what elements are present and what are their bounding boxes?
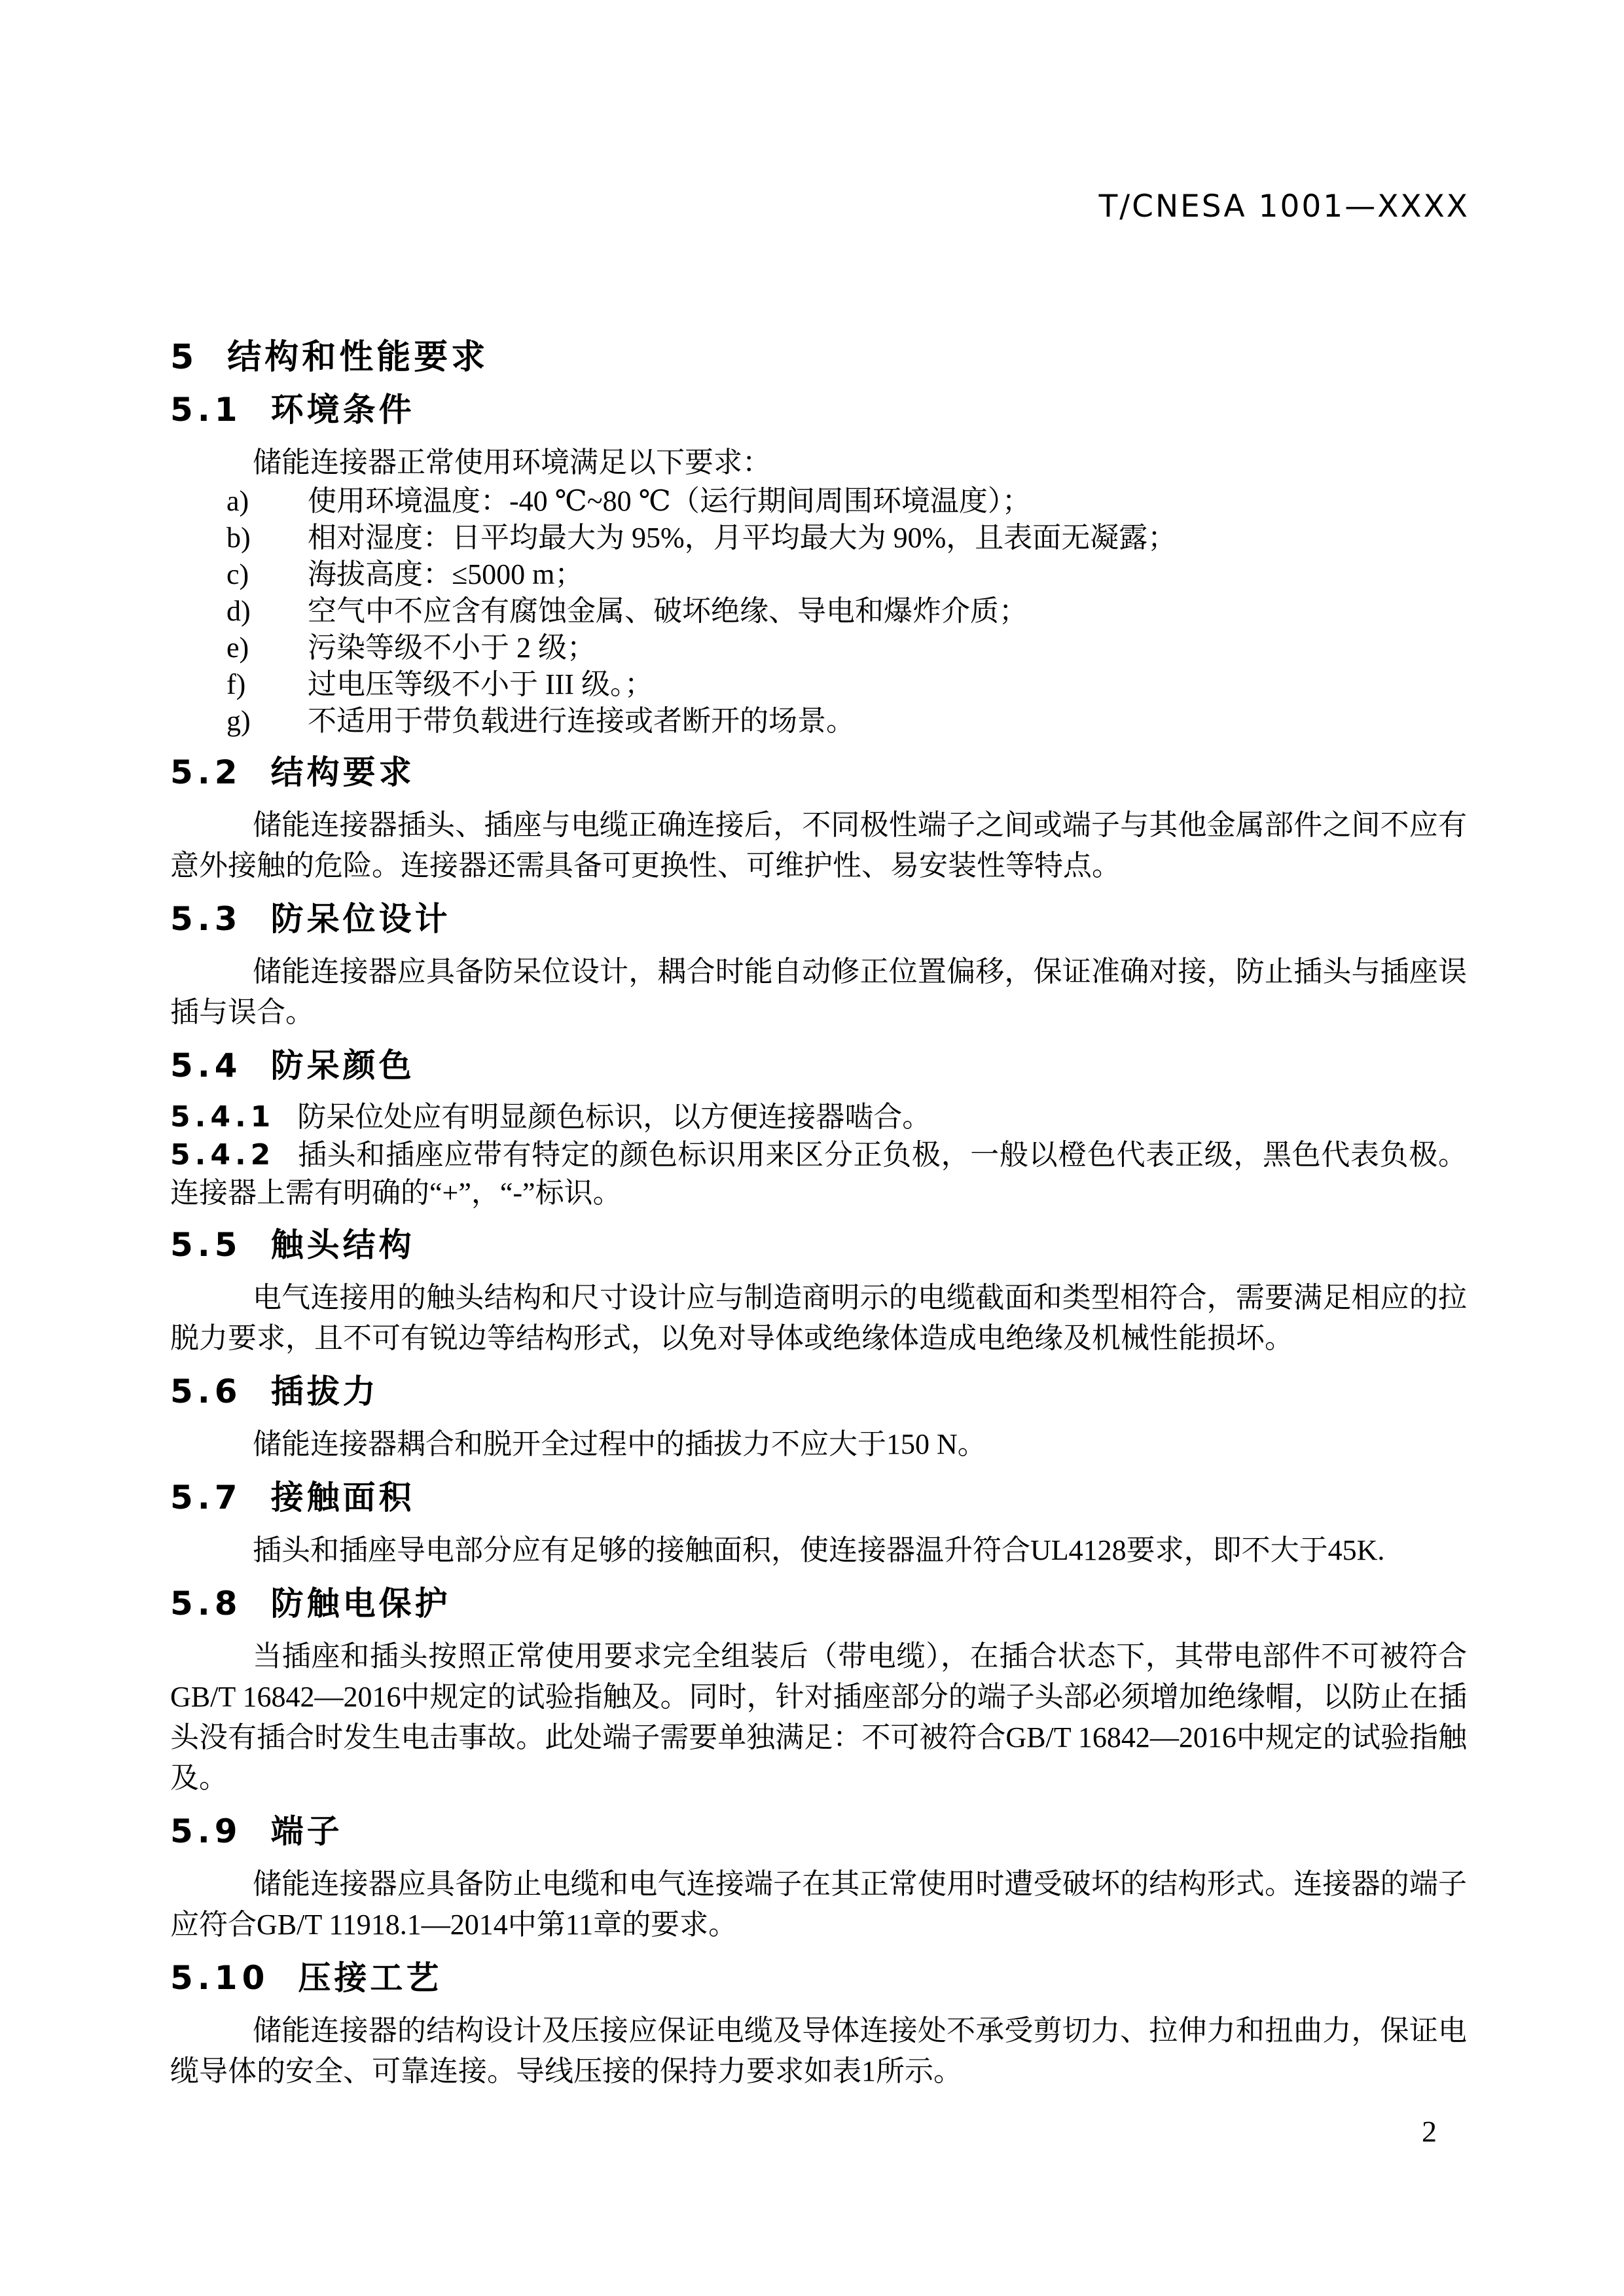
section-heading-5-7: 5.7接触面积 xyxy=(170,1479,1467,1516)
section-title: 结构要求 xyxy=(271,753,415,791)
clause: 5.4.1防呆位处应有明显颜色标识，以方便连接器啮合。 xyxy=(170,1098,1467,1136)
list-item: d)空气中不应含有腐蚀金属、破坏绝缘、导电和爆炸介质； xyxy=(170,593,1467,630)
section-number: 5.1 xyxy=(170,391,242,428)
paragraph: 储能连接器正常使用环境满足以下要求： xyxy=(170,442,1467,483)
clause: 5.4.2插头和插座应带有特定的颜色标识用来区分正负极，一般以橙色代表正级，黑色… xyxy=(170,1136,1467,1212)
list-item: g)不适用于带负载进行连接或者断开的场景。 xyxy=(170,703,1467,740)
doc-number: T/CNESA 1001—XXXX xyxy=(1099,188,1470,224)
list-item: e)污染等级不小于 2 级； xyxy=(170,630,1467,666)
list-marker: e) xyxy=(226,630,249,666)
paragraph: 插头和插座导电部分应有足够的接触面积，使连接器温升符合UL4128要求，即不大于… xyxy=(170,1530,1467,1571)
list-text: 过电压等级不小于 III 级。； xyxy=(308,668,653,700)
section-heading-5-5: 5.5触头结构 xyxy=(170,1227,1467,1263)
section-number: 5.7 xyxy=(170,1479,242,1516)
document-content: 5结构和性能要求 5.1环境条件 储能连接器正常使用环境满足以下要求： a)使用… xyxy=(170,338,1467,2092)
section-heading-5-3: 5.3防呆位设计 xyxy=(170,901,1467,937)
section-number: 5.6 xyxy=(170,1373,242,1410)
list-text: 使用环境温度：-40 ℃~80 ℃（运行期间周围环境温度）； xyxy=(308,485,1031,517)
paragraph: 储能连接器插头、插座与电缆正确连接后，不同极性端子之间或端子与其他金属部件之间不… xyxy=(170,805,1467,886)
paragraph: 储能连接器应具备防止电缆和电气连接端子在其正常使用时遭受破坏的结构形式。连接器的… xyxy=(170,1864,1467,1945)
paragraph: 当插座和插头按照正常使用要求完全组装后（带电缆），在插合状态下，其带电部件不可被… xyxy=(170,1636,1467,1799)
section-heading-5-8: 5.8防触电保护 xyxy=(170,1585,1467,1622)
clause-text: 插头和插座应带有特定的颜色标识用来区分正负极，一般以橙色代表正级，黑色代表负极。… xyxy=(170,1139,1467,1209)
clause-number: 5.4.2 xyxy=(170,1138,275,1172)
paragraph: 电气连接用的触头结构和尺寸设计应与制造商明示的电缆截面和类型相符合，需要满足相应… xyxy=(170,1278,1467,1359)
section-heading-5-6: 5.6插拔力 xyxy=(170,1373,1467,1410)
section-number: 5.2 xyxy=(170,754,242,791)
clause-number: 5.4.1 xyxy=(170,1100,275,1134)
section-title: 插拔力 xyxy=(271,1372,379,1410)
list-item: b)相对湿度：日平均最大为 95%，月平均最大为 90%，且表面无凝露； xyxy=(170,520,1467,556)
section-number: 5.9 xyxy=(170,1813,242,1850)
section-number: 5.4 xyxy=(170,1047,242,1084)
section-title: 接触面积 xyxy=(271,1479,415,1516)
page-number: 2 xyxy=(1422,2114,1437,2149)
section-title: 防呆位设计 xyxy=(271,900,451,938)
section-number: 5.8 xyxy=(170,1585,242,1622)
section-heading-5: 5结构和性能要求 xyxy=(170,338,1467,377)
list-marker: b) xyxy=(226,520,251,556)
list-item: a)使用环境温度：-40 ℃~80 ℃（运行期间周围环境温度）； xyxy=(170,483,1467,520)
section-title: 防呆颜色 xyxy=(271,1047,415,1085)
section-title: 压接工艺 xyxy=(298,1959,442,1997)
page-header: T/CNESA 1001—XXXX xyxy=(1099,188,1470,224)
section-title: 端子 xyxy=(271,1812,343,1850)
clause-text: 防呆位处应有明显颜色标识，以方便连接器啮合。 xyxy=(297,1101,931,1133)
list-text: 海拔高度：≤5000 m； xyxy=(308,558,583,590)
list-text: 空气中不应含有腐蚀金属、破坏绝缘、导电和爆炸介质； xyxy=(308,595,1028,627)
document-page: T/CNESA 1001—XXXX 5结构和性能要求 5.1环境条件 储能连接器… xyxy=(0,0,1624,2296)
paragraph: 储能连接器应具备防呆位设计，耦合时能自动修正位置偏移，保证准确对接，防止插头与插… xyxy=(170,952,1467,1033)
list-item: c)海拔高度：≤5000 m； xyxy=(170,556,1467,593)
list-marker: g) xyxy=(226,703,251,740)
list-marker: c) xyxy=(226,556,249,593)
section-heading-5-10: 5.10压接工艺 xyxy=(170,1960,1467,1996)
list-marker: a) xyxy=(226,483,249,520)
section-title: 结构和性能要求 xyxy=(227,338,488,377)
section-heading-5-9: 5.9端子 xyxy=(170,1813,1467,1850)
list-text: 污染等级不小于 2 级； xyxy=(308,632,596,664)
section-title: 触头结构 xyxy=(271,1226,415,1264)
section-heading-5-1: 5.1环境条件 xyxy=(170,391,1467,428)
list-item: f)过电压等级不小于 III 级。； xyxy=(170,666,1467,703)
section-heading-5-4: 5.4防呆颜色 xyxy=(170,1047,1467,1084)
section-title: 防触电保护 xyxy=(271,1585,451,1623)
list-marker: f) xyxy=(226,666,245,703)
list-marker: d) xyxy=(226,593,251,630)
list-text: 相对湿度：日平均最大为 95%，月平均最大为 90%，且表面无凝露； xyxy=(308,522,1176,554)
section-number: 5.10 xyxy=(170,1960,269,1996)
paragraph: 储能连接器的结构设计及压接应保证电缆及导体连接处不承受剪切力、拉伸力和扭曲力，保… xyxy=(170,2011,1467,2092)
section-number: 5 xyxy=(170,338,198,377)
paragraph: 储能连接器耦合和脱开全过程中的插拔力不应大于150 N。 xyxy=(170,1424,1467,1465)
list-text: 不适用于带负载进行连接或者断开的场景。 xyxy=(308,705,855,737)
section-heading-5-2: 5.2结构要求 xyxy=(170,754,1467,791)
section-number: 5.3 xyxy=(170,901,242,937)
section-number: 5.5 xyxy=(170,1227,242,1263)
section-title: 环境条件 xyxy=(271,391,415,429)
